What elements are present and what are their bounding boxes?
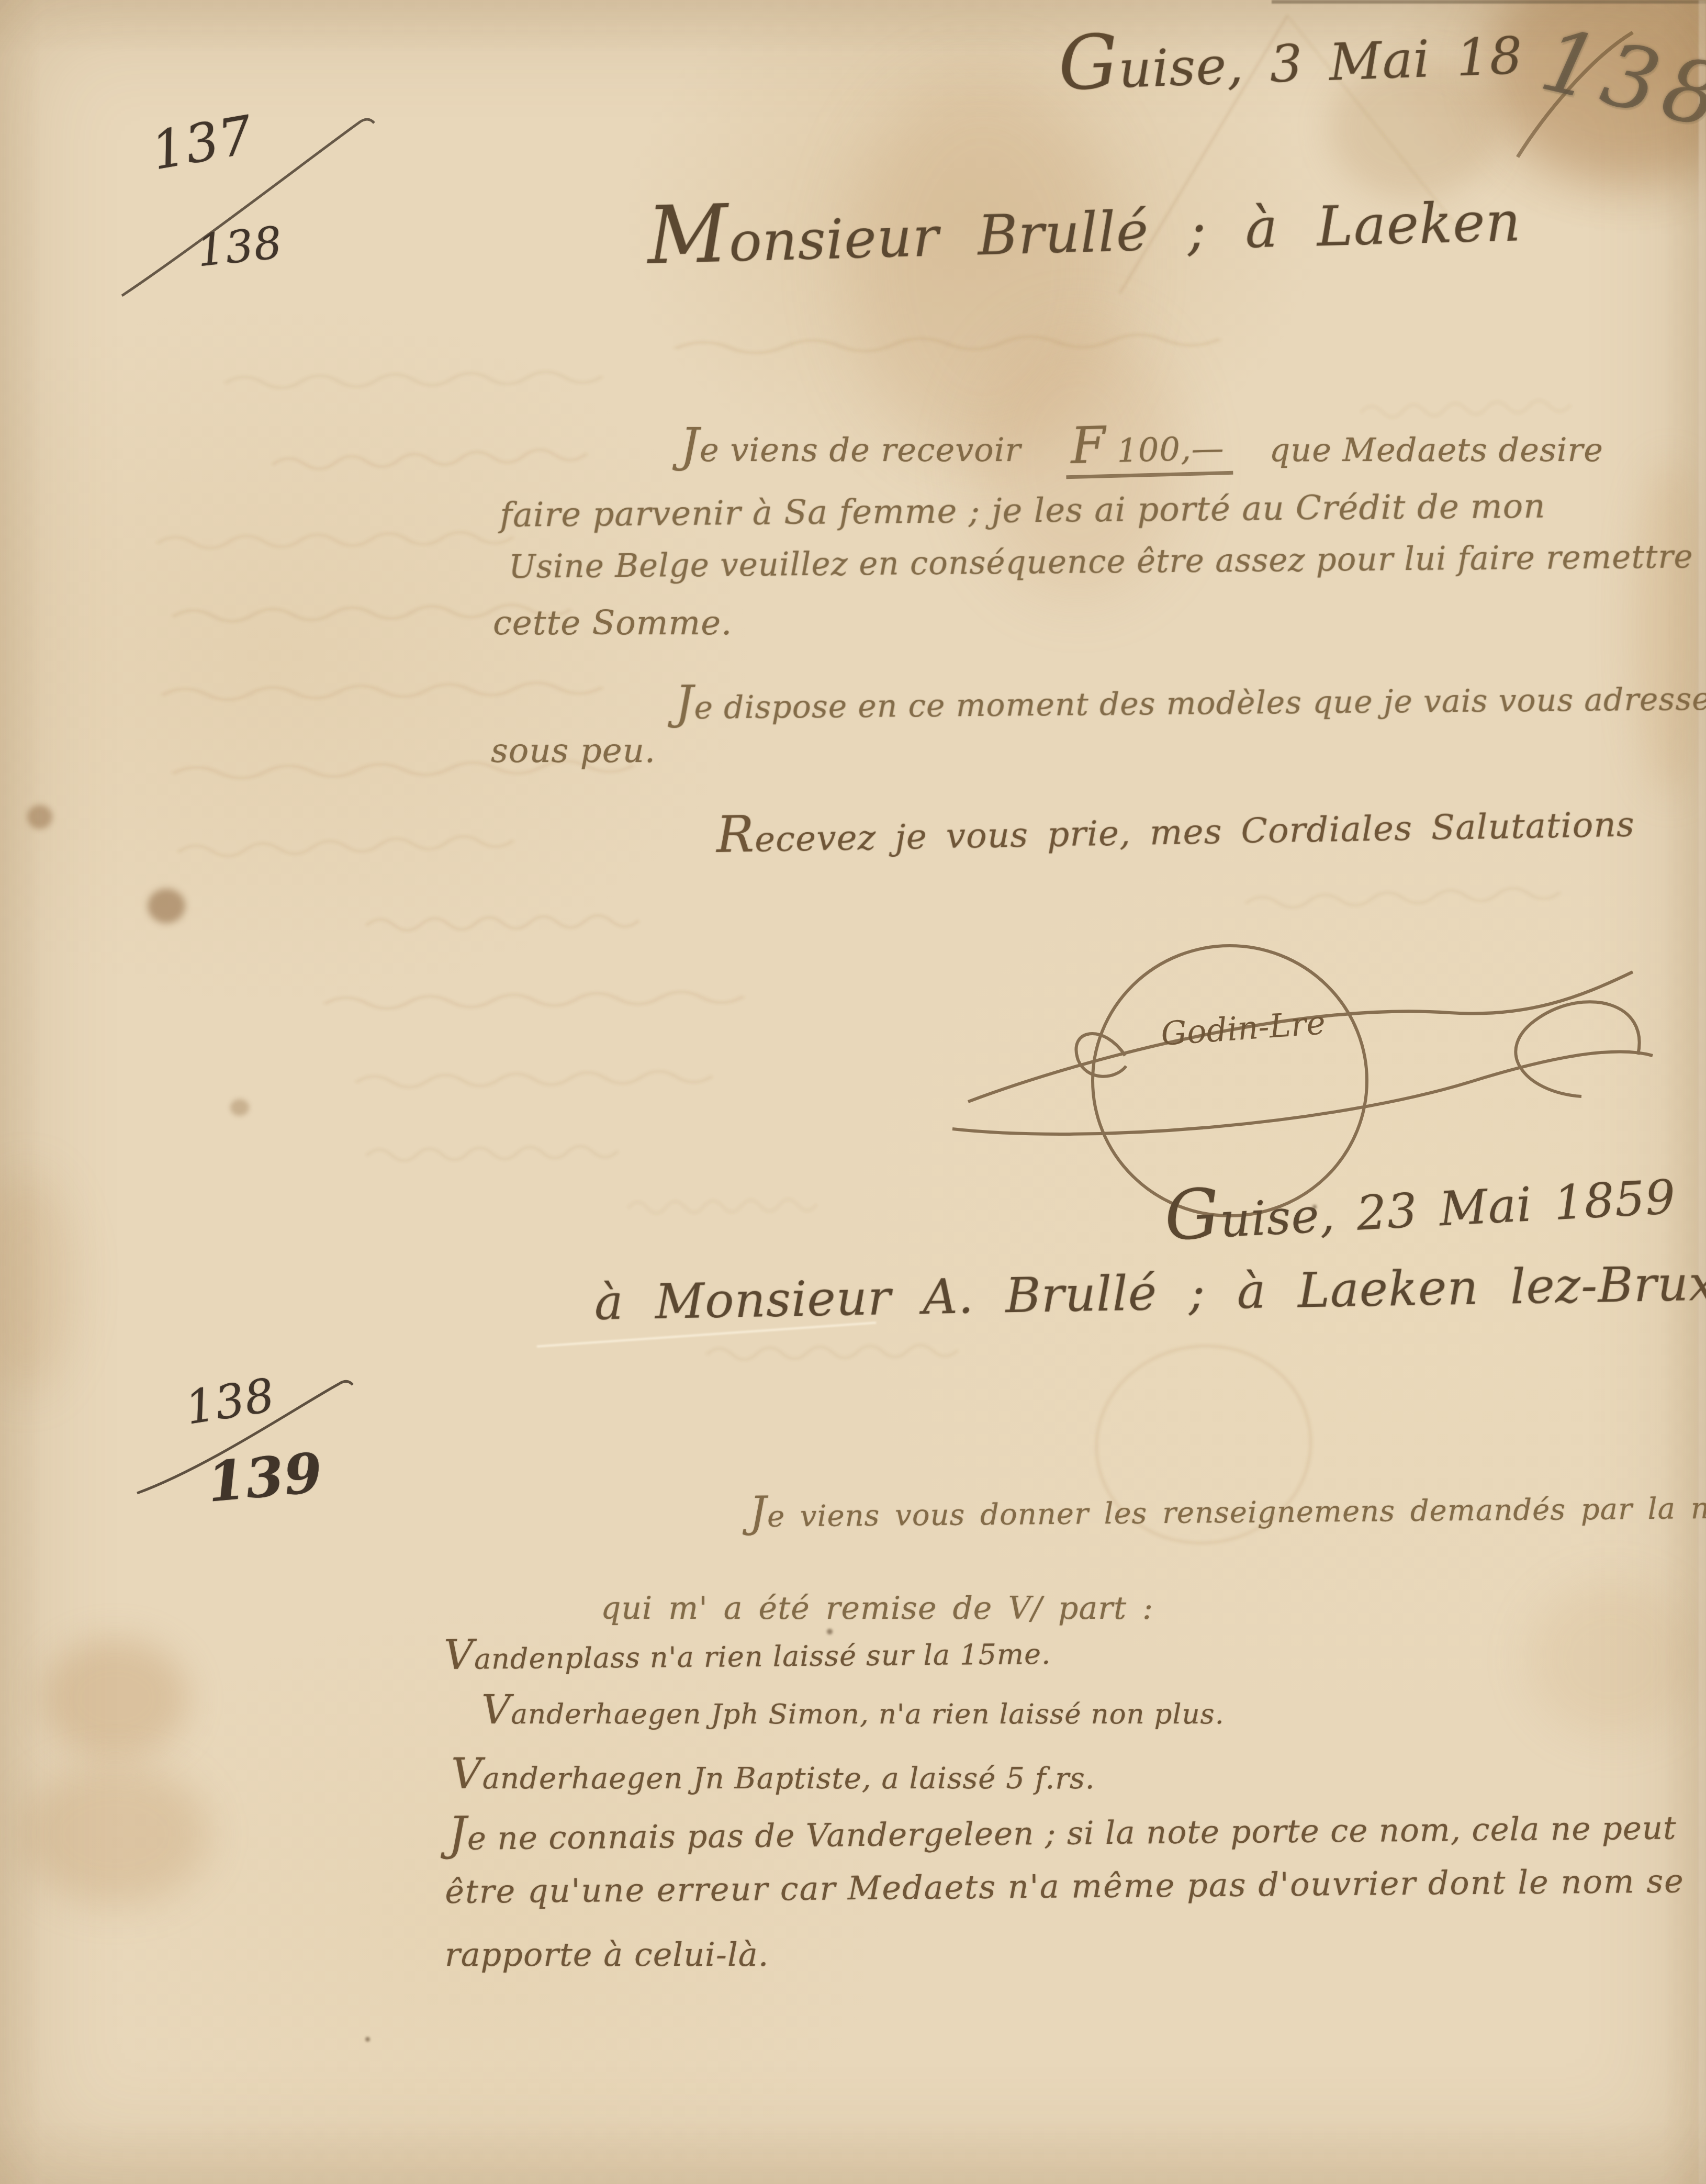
letter1-body-line-1: Je viens de recevoirF 100,—que Medaets d… — [680, 418, 1603, 477]
corner-page-number: 138 — [1532, 9, 1706, 149]
stain — [1633, 461, 1706, 796]
folio-bottom-current-number: 139 — [205, 1444, 325, 1511]
letter1-salutation: Monsieur Brullé ; à Laeken — [646, 172, 1522, 277]
letter1-body-line-5: Je dispose en ce moment des modèles que … — [675, 670, 1706, 727]
letter1-closing: Recevez je vous prie, mes Cordiales Salu… — [716, 792, 1635, 861]
letter1-body-line-6: sous peu. — [491, 734, 656, 769]
letter2-body-line-3: Vandenplass n'a rien laissé sur la 15me. — [444, 1629, 1051, 1677]
letter1-body-line-2: faire parvenir à Sa femme ; je les ai po… — [500, 489, 1546, 534]
bleed-through-ghost-writing — [0, 0, 1706, 2184]
letter1-line1-post: que Medaets desire — [1270, 431, 1603, 469]
letter2-body-line-4: Vanderhaegen Jph Simon, n'a rien laissé … — [481, 1689, 1225, 1732]
scan-edge-top — [1272, 0, 1706, 4]
letter1-body-line-3: Usine Belge veuillez en conséquence être… — [509, 540, 1693, 584]
stain — [27, 805, 52, 829]
signature-name: Godin-Lre — [1160, 1003, 1327, 1053]
stain — [1528, 1581, 1696, 1738]
letter-page: Guise, 3 Mai 18 138 137 138 Monsieur Bru… — [0, 0, 1706, 2184]
letter1-line1-pre: Je viens de recevoir — [680, 431, 1021, 469]
ink-speck — [365, 2037, 370, 2042]
letter2-body-line-8: rapporte à celui-là. — [445, 1937, 769, 1972]
letter2-body-line-2: qui m' a été remise de V/ part : — [601, 1592, 1153, 1625]
letter1-amount-underlined: F 100,— — [1065, 416, 1233, 479]
folio-top-crossed-number: 137 — [148, 107, 257, 178]
letter2-dateline: Guise, 23 Mai 1859 — [1163, 1154, 1677, 1252]
letter2-body-line-7: être qu'une erreur car Medaets n'a même … — [445, 1864, 1685, 1909]
letter2-salutation: à Monsieur A. Brullé ; à Laeken lez-Brux… — [594, 1257, 1706, 1329]
stain — [230, 1099, 249, 1116]
stain — [21, 1764, 209, 1905]
stain — [0, 1172, 73, 1392]
folio-bottom-crossed-number: 138 — [182, 1371, 278, 1432]
letter2-body-line-1: Je viens vous donner les renseignemens d… — [749, 1482, 1706, 1535]
scan-edge-right — [1699, 0, 1706, 2184]
folio-top-current-number: 138 — [195, 219, 285, 274]
stain — [148, 889, 185, 923]
letter1-body-line-4: cette Somme. — [493, 606, 732, 641]
letter1-dateline: Guise, 3 Mai 18 — [1057, 9, 1524, 103]
stain — [42, 1638, 188, 1759]
letter2-body-line-6: Je ne connais pas de Vandergeleen ; si l… — [448, 1799, 1677, 1858]
letter2-body-line-5: Vanderhaegen Jn Baptiste, a laissé 5 f.r… — [451, 1752, 1095, 1797]
